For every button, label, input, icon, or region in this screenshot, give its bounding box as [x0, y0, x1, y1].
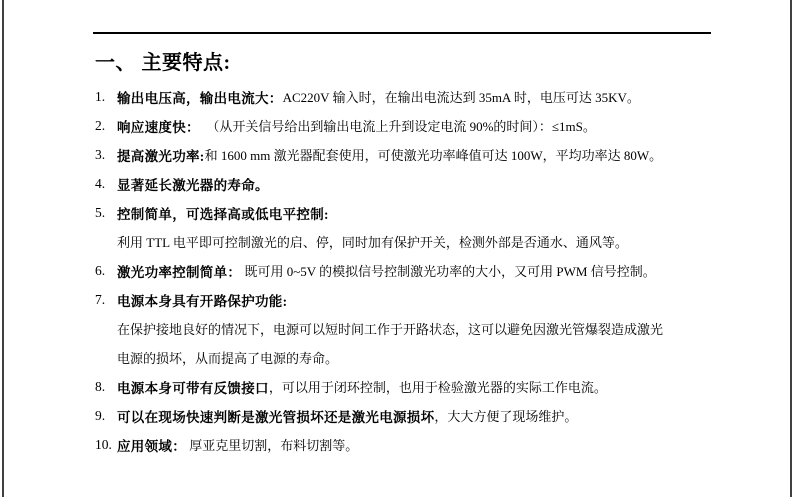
list-item: 6.激光功率控制简单： 既可用 0~5V 的模拟信号控制激光功率的大小，又可用 …: [95, 256, 755, 285]
item-bold-text: 电源本身具有开路保护功能:: [117, 290, 287, 310]
item-text: （从开关信号给出到输出电流上升到设定电流 90%的时间）：≤1mS。: [200, 116, 596, 135]
item-bold-text: 控制简单，可选择高或低电平控制:: [117, 203, 329, 223]
list-item: 8.电源本身可带有反馈接口，可以用于闭环控制，也用于检验激光器的实际工作电流。: [95, 372, 755, 401]
page-left-border: [2, 0, 4, 497]
item-text: 和 1600 mm 激光器配套使用，可使激光功率峰值可达 100W，平均功率达 …: [205, 145, 663, 164]
list-item: 2.响应速度快： （从开关信号给出到输出电流上升到设定电流 90%的时间）：≤1…: [95, 111, 755, 140]
item-number: 6.: [95, 263, 117, 279]
list-item: 3.提高激光功率:和 1600 mm 激光器配套使用，可使激光功率峰值可达 10…: [95, 140, 755, 169]
item-number: 4.: [95, 176, 117, 192]
list-item: 10.应用领域： 厚亚克里切割，布料切割等。: [95, 430, 755, 459]
item-text: 利用 TTL 电平即可控制激光的启、停，同时加有保护开关，检测外部是否通水、通风…: [117, 232, 628, 251]
item-bold-text: 提高激光功率:: [117, 145, 205, 165]
list-item: 电源的损坏，从而提高了电源的寿命。: [95, 343, 755, 372]
item-number: 8.: [95, 379, 117, 395]
item-number: 9.: [95, 408, 117, 424]
list-item: 利用 TTL 电平即可控制激光的启、停，同时加有保护开关，检测外部是否通水、通风…: [95, 227, 755, 256]
item-number: 10.: [95, 437, 117, 453]
list-item: 在保护接地良好的情况下，电源可以短时间工作于开路状态，这可以避免因激光管爆裂造成…: [95, 314, 755, 343]
item-bold-text: 响应速度快：: [117, 116, 200, 136]
item-text: 厚亚克里切割，布料切割等。: [186, 435, 358, 454]
item-bold-text: 可以在现场快速判断是激光管损坏还是激光电源损坏: [117, 406, 434, 426]
document-page: 一、 主要特点: 1.输出电压高，输出电流大：AC220V 输入时，在输出电流达…: [0, 0, 795, 497]
item-text: 既可用 0~5V 的模拟信号控制激光功率的大小，又可用 PWM 信号控制。: [241, 261, 656, 280]
list-item: 7.电源本身具有开路保护功能:: [95, 285, 755, 314]
item-text: 电源的损坏，从而提高了电源的寿命。: [117, 348, 338, 367]
item-bold-text: 电源本身可带有反馈接口: [117, 377, 269, 397]
feature-list: 1.输出电压高，输出电流大：AC220V 输入时，在输出电流达到 35mA 时，…: [95, 82, 755, 459]
header-rule: [93, 32, 711, 34]
item-text: ，可以用于闭环控制，也用于检验激光器的实际工作电流。: [269, 377, 607, 396]
item-bold-text: 应用领域：: [117, 435, 186, 455]
item-bold-text: 显著延长激光器的寿命。: [117, 174, 269, 194]
item-number: 1.: [95, 89, 117, 105]
item-number: 5.: [95, 205, 117, 221]
list-item: 5.控制简单，可选择高或低电平控制:: [95, 198, 755, 227]
item-number: 7.: [95, 292, 117, 308]
item-bold-text: 输出电压高，输出电流大：: [117, 87, 283, 107]
item-text: AC220V 输入时，在输出电流达到 35mA 时，电压可达 35KV。: [283, 87, 640, 106]
list-item: 9.可以在现场快速判断是激光管损坏还是激光电源损坏，大大方便了现场维护。: [95, 401, 755, 430]
page-right-border: [790, 0, 792, 497]
list-item: 1.输出电压高，输出电流大：AC220V 输入时，在输出电流达到 35mA 时，…: [95, 82, 755, 111]
item-text: ，大大方便了现场维护。: [434, 406, 577, 425]
section-heading: 一、 主要特点:: [95, 46, 231, 75]
list-item: 4.显著延长激光器的寿命。: [95, 169, 755, 198]
item-number: 2.: [95, 118, 117, 134]
item-bold-text: 激光功率控制简单：: [117, 261, 241, 281]
item-text: 在保护接地良好的情况下，电源可以短时间工作于开路状态，这可以避免因激光管爆裂造成…: [117, 319, 663, 338]
item-number: 3.: [95, 147, 117, 163]
